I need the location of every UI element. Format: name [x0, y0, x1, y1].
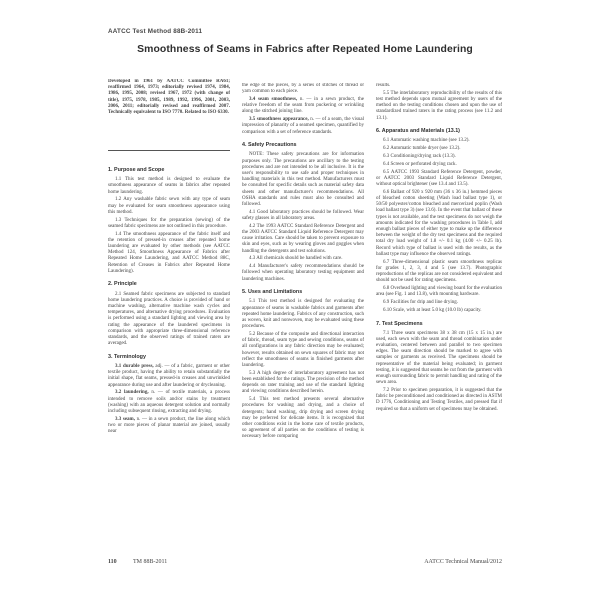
section-heading: 6. Apparatus and Materials (13.1): [376, 128, 502, 135]
text-column-3: results.5.5 The interlaboratory reproduc…: [376, 83, 502, 556]
body-paragraph: 7.2 Prior to specimen preparation, it is…: [376, 388, 502, 413]
section-heading: 7. Test Specimens: [376, 321, 502, 328]
section-heading: 1. Purpose and Scope: [108, 167, 230, 174]
definition-term: 3.3 seam,: [115, 417, 135, 422]
body-paragraph: 7.1 Three seam specimens 38 x 38 cm (15 …: [376, 331, 502, 387]
history-divider-rule: [108, 150, 230, 151]
body-paragraph: 5.5 The interlaboratory reproducibility …: [376, 91, 502, 122]
definition-term: 3.2 laundering,: [115, 390, 149, 395]
body-paragraph: 1.3 Techniques for the preparation (sewi…: [108, 218, 230, 230]
body-paragraph: 3.2 laundering, n. — of textile material…: [108, 390, 230, 415]
body-paragraph: 1.4 The smoothness appearance of the fab…: [108, 232, 230, 275]
body-paragraph: 6.7 Three-dimensional plastic seam smoot…: [376, 260, 502, 285]
definition-term: 3.5 smoothness appearance,: [249, 117, 309, 122]
footer-manual-title: AATCC Technical Manual/2012: [346, 559, 502, 565]
document-header-method-number: AATCC Test Method 88B-2011: [108, 28, 502, 35]
body-paragraph: the edge of the pieces, by a series of s…: [242, 83, 364, 95]
body-paragraph: 1.2 Any washable fabric sewn with any ty…: [108, 197, 230, 216]
section-heading: 4. Safety Precautions: [242, 142, 364, 149]
body-paragraph: 5.2 Because of the composite and directi…: [242, 332, 364, 369]
section-heading: 2. Principle: [108, 281, 230, 288]
body-paragraph: 3.1 durable press, adj. — of a fabric, g…: [108, 364, 230, 389]
body-paragraph: 6.5 AATCC 1993 Standard Reference Deterg…: [376, 170, 502, 189]
definition-term: 3.4 seam smoothness,: [249, 97, 297, 102]
body-paragraph: 6.4 Screen or perforated drying rack.: [376, 162, 502, 168]
footer-method-number: TM 88B-2011: [133, 559, 167, 565]
footer-page-number: 110: [108, 559, 117, 565]
body-paragraph: 4.1 Good laboratory practices should be …: [242, 210, 364, 222]
body-paragraph: 5.1 This test method is designed for eva…: [242, 299, 364, 330]
history-note: Developed in 1961 by AATCC Committee RA6…: [108, 79, 230, 145]
body-paragraph: 6.1 Automatic washing machine (see 13.2)…: [376, 138, 502, 144]
body-paragraph: 3.4 seam smoothness, n. — in a sewn prod…: [242, 97, 364, 116]
body-paragraph: 3.5 smoothness appearance, n. — of a sea…: [242, 117, 364, 136]
body-paragraph: 6.3 Conditioning/drying rack (13.3).: [376, 154, 502, 160]
body-paragraph: 4.3 All chemicals should be handled with…: [242, 256, 364, 262]
body-paragraph: 6.9 Facilities for drip and line drying.: [376, 300, 502, 306]
body-paragraph: 3.3 seam, n. — in a sewn product, the li…: [108, 417, 230, 436]
text-column-1: 1. Purpose and Scope1.1 This test method…: [108, 167, 230, 556]
body-paragraph: 6.10 Scale, with at least 5.0 kg (10.0 l…: [376, 308, 502, 314]
section-heading: 3. Terminology: [108, 354, 230, 361]
definition-term: 3.1 durable press,: [115, 364, 154, 369]
document-page: AATCC Test Method 88B-2011 Smoothness of…: [0, 0, 600, 600]
body-paragraph: NOTE: These safety precautions are for i…: [242, 152, 364, 208]
body-paragraph: results.: [376, 83, 502, 89]
body-paragraph: 5.4 This test method presents several al…: [242, 397, 364, 440]
section-heading: 5. Uses and Limitations: [242, 289, 364, 296]
body-paragraph: 1.1 This test method is designed to eval…: [108, 177, 230, 196]
body-paragraph: 6.2 Automatic tumble dryer (see 13.2).: [376, 146, 502, 152]
body-paragraph: 6.6 Ballast of 920 x 920 mm (36 x 36 in.…: [376, 190, 502, 258]
body-paragraph: 6.8 Overhead lighting and viewing board …: [376, 286, 502, 298]
body-paragraph: 5.3 A high degree of interlaboratory agr…: [242, 371, 364, 396]
body-paragraph: 4.4 Manufacturer's safety recommendation…: [242, 264, 364, 283]
text-column-2: the edge of the pieces, by a series of s…: [242, 83, 364, 556]
body-paragraph: 4.2 The 1993 AATCC Standard Reference De…: [242, 224, 364, 255]
page-title: Smoothness of Seams in Fabrics after Rep…: [104, 44, 506, 55]
body-paragraph: 2.1 Seamed fabric specimens are subjecte…: [108, 292, 230, 348]
